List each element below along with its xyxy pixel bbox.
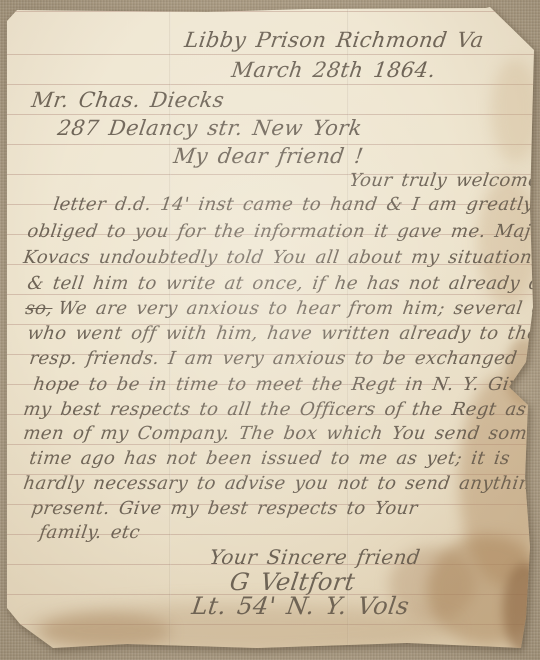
body-line-7: resp. friends. I am very anxious to be e… bbox=[28, 348, 540, 369]
stain-bottom-right bbox=[427, 535, 540, 645]
valediction-line: Your Sincere friend bbox=[208, 545, 422, 569]
letter-photograph: Libby Prison Richmond Va March 28th 1864… bbox=[0, 0, 540, 660]
salutation-line: My dear friend ! bbox=[172, 144, 365, 168]
stain-bottom-right-dark bbox=[503, 563, 540, 655]
stain-top-right bbox=[491, 59, 539, 163]
heading-place-line: Libby Prison Richmond Va bbox=[183, 28, 485, 52]
struck-word: so, bbox=[24, 298, 54, 319]
body-line-1: letter d.d. 14' inst came to hand & I am… bbox=[52, 194, 535, 215]
body-line-5: so,We are very anxious to hear from him;… bbox=[24, 298, 540, 319]
letter-paper-wrap: Libby Prison Richmond Va March 28th 1864… bbox=[7, 7, 534, 650]
body-line-8: hope to be in time to meet the Regt in N… bbox=[32, 374, 532, 395]
body-opening-line: Your truly welcome bbox=[348, 170, 540, 191]
body-line-13: present. Give my best respects to Your bbox=[30, 498, 419, 519]
heading-date-line: March 28th 1864. bbox=[230, 58, 437, 82]
body-line-5-rest: We are very anxious to hear from him; se… bbox=[57, 298, 540, 319]
body-line-2: obliged to you for the information it ga… bbox=[26, 221, 540, 242]
body-line-6: who went off with him, have written alre… bbox=[26, 323, 540, 344]
stain-bottom-left bbox=[41, 613, 171, 649]
body-line-14: family. etc bbox=[38, 522, 142, 543]
body-line-9: my best respects to all the Officers of … bbox=[22, 399, 540, 420]
body-line-10: men of my Company. The box which You sen… bbox=[22, 423, 540, 444]
body-line-11: time ago has not been issued to me as ye… bbox=[28, 448, 511, 469]
recipient-address-line: 287 Delancy str. New York bbox=[56, 116, 364, 140]
body-line-12: hardly necessary to advise you not to se… bbox=[22, 473, 540, 494]
body-line-3: Kovacs undoubtedly told You all about my… bbox=[22, 247, 540, 268]
rank-regiment-line: Lt. 54' N. Y. Vols bbox=[190, 592, 411, 620]
recipient-name-line: Mr. Chas. Diecks bbox=[30, 88, 226, 112]
body-line-4: & tell him to write at once, if he has n… bbox=[26, 273, 540, 294]
letter-paper: Libby Prison Richmond Va March 28th 1864… bbox=[7, 7, 534, 650]
